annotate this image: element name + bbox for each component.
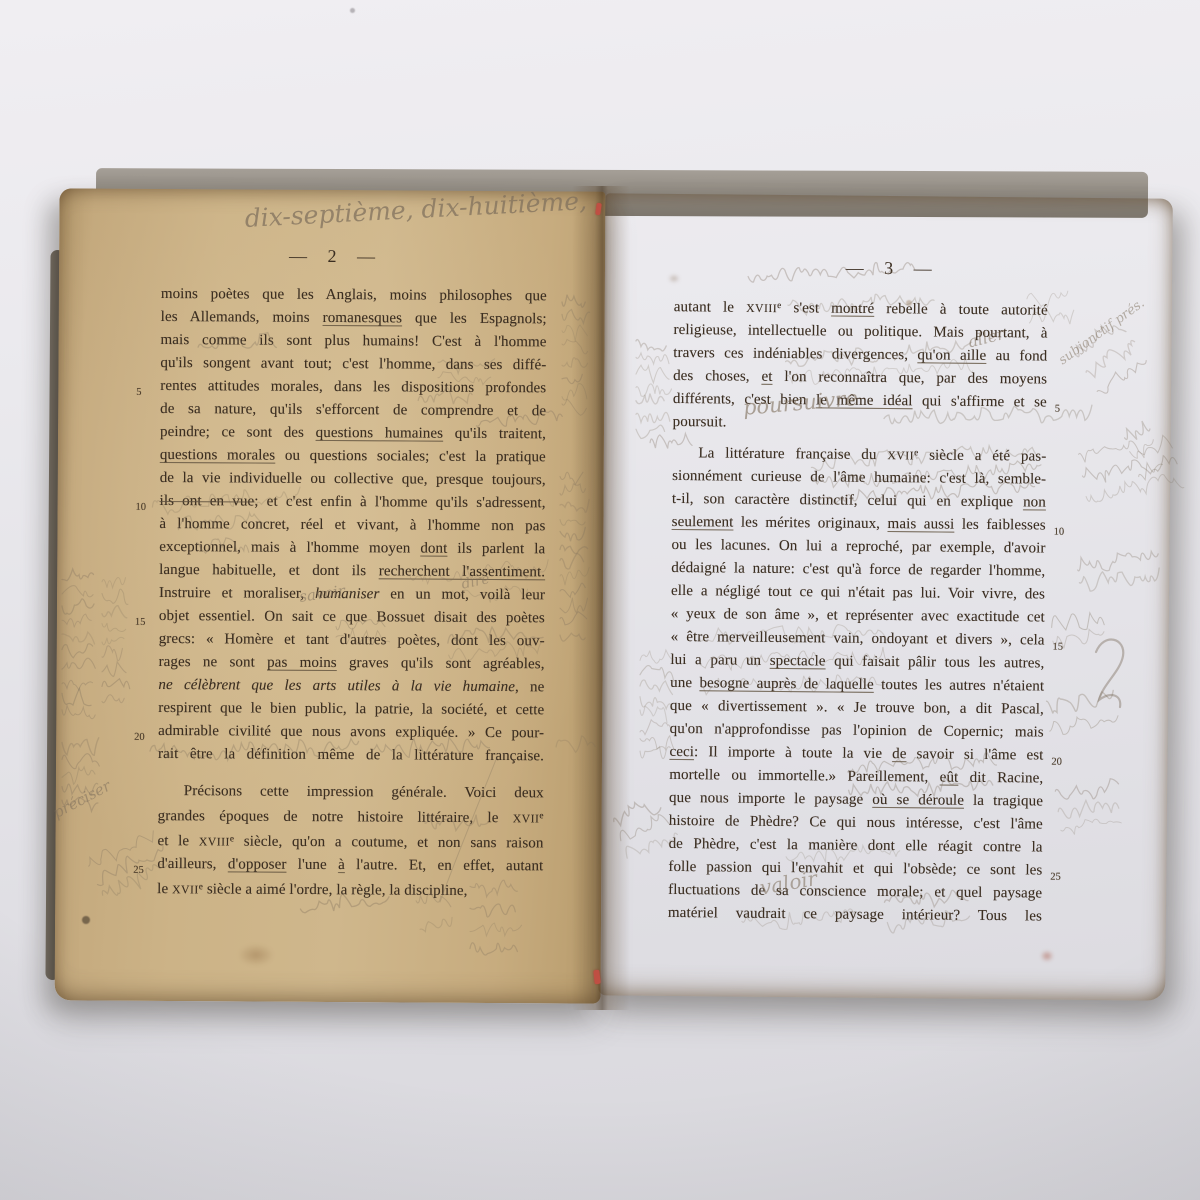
text-segment: seulement (672, 514, 734, 531)
text-segment: recherchent l'assentiment. (379, 563, 545, 580)
text-segment: spectacle (770, 653, 826, 670)
text-segment: que « divertissement ». « Je trouve bon,… (670, 698, 1044, 718)
text-segment: dont (420, 541, 447, 557)
margin-line-number: 15 (135, 611, 153, 634)
text-segment: exceptionnel, mais à l'homme moyen (159, 539, 420, 557)
text-segment: romanesques (323, 310, 403, 326)
text-line: Précisons cette impression générale. Voi… (158, 780, 544, 805)
left-page: — 2 — moins poètes que les Anglais, moin… (55, 188, 606, 1003)
text-segment: xvii (172, 884, 199, 897)
text-segment: travers ces indéniables divergences, (673, 345, 917, 363)
text-segment: « yeux de son âme », et représenter avec… (671, 606, 1045, 626)
text-segment: xvii (887, 449, 914, 462)
text-segment: grandes époques de notre histoire littér… (158, 808, 513, 826)
left-page-number: — 2 — (59, 244, 605, 268)
text-segment: rentes attitudes morales, dans les dispo… (160, 378, 546, 396)
text-line: matériel vaudrait ce paysage intérieur? … (668, 902, 1042, 929)
text-line: les Allemands, moins romanesques que les… (161, 306, 547, 331)
text-line: rages ne sont pas moins graves qu'ils so… (159, 651, 545, 676)
text-segment: de la vie individuelle ou collective que… (160, 470, 546, 488)
text-segment: elle a négligé tout ce qui n'était pas l… (671, 583, 1045, 603)
text-segment: grecs: « Homère et tant d'autres poètes,… (159, 631, 545, 649)
photo-of-open-book: { "photo": { "description": "photograph … (0, 0, 1200, 1200)
text-segment: ou les lacunes. On lui a reproché, par e… (671, 537, 1045, 557)
text-segment: langue habituelle, et dont ils (159, 562, 379, 579)
text-segment: autant le (674, 299, 746, 316)
text-segment: siècle a été pas- (918, 448, 1046, 465)
text-segment: « être merveilleusement vain, ondoyant e… (671, 629, 1045, 649)
margin-line-number: 5 (1055, 398, 1075, 421)
text-segment: l'une (286, 857, 338, 873)
margin-line-number: 15 (1052, 636, 1072, 659)
text-segment: les faiblesses (954, 517, 1045, 534)
text-segment: non (1023, 495, 1046, 511)
text-segment: t-il, son caractère distinctif, celui qu… (672, 491, 1023, 510)
text-segment: peindre; ce sont des (160, 424, 316, 441)
text-segment: ils parlent la (447, 541, 545, 558)
margin-line-number: 5 (136, 381, 154, 404)
text-segment: savoir si l'âme est (906, 747, 1043, 764)
text-segment: montré (831, 301, 874, 317)
text-segment: mais aussi (888, 516, 955, 533)
text-segment: xvii (513, 812, 540, 825)
paper-speck (82, 916, 90, 924)
text-segment: l'autre. Et, en effet, autant (345, 857, 544, 874)
text-line: de la vie individuelle ou collective que… (160, 467, 546, 492)
text-segment: ; et c'est enfin à l'homme qu'ils s'adre… (254, 494, 545, 512)
text-line: grecs: « Homère et tant d'autres poètes,… (159, 628, 545, 653)
text-segment: siècle a aimé l'ordre, la règle, la disc… (203, 882, 468, 900)
text-segment: les mérites originaux, (733, 515, 887, 532)
paper-stain (238, 944, 274, 966)
text-segment: à l'homme concret, réel et vivant, à l'h… (159, 516, 545, 534)
text-line: de sa nature, qu'ils s'efforcent de comp… (160, 398, 546, 423)
text-segment: pas moins (267, 655, 337, 671)
text-line: Instruire et moraliser, humaniser en un … (159, 582, 545, 607)
right-page: — 3 — autant le xviiie s'est montré rebe… (598, 193, 1173, 1000)
text-line: poursuit. (673, 411, 1047, 438)
text-segment: les Allemands, moins (161, 309, 323, 326)
text-segment: rages ne sont (159, 654, 268, 671)
paper-stain (668, 274, 680, 283)
text-segment: La littérature française du (698, 446, 887, 464)
margin-line-number: 20 (1051, 751, 1071, 774)
text-segment: le (157, 881, 172, 897)
right-page-text: autant le xviiie s'est montré rebelle à … (668, 294, 1048, 929)
text-segment: folle passion qui l'envahit et qui l'obs… (668, 859, 1042, 879)
text-line: 20admirable civilité que nous avons expl… (158, 720, 544, 745)
text-line: 5rentes attitudes morales, dans les disp… (160, 375, 546, 400)
text-segment: toutes les autres n'étaient (874, 677, 1044, 695)
text-segment: ne célèbrent que les arts utiles à la vi… (158, 677, 515, 695)
text-line: autant le xviiie s'est montré rebelle à … (674, 294, 1048, 323)
text-segment: le même idéal (816, 392, 913, 409)
text-segment: humaniser (315, 586, 379, 602)
text-line: et le xviiie siècle, qu'on a coutume, et… (157, 828, 543, 856)
text-segment: eût (940, 770, 959, 786)
text-line: La littérature française du xviie siècle… (672, 440, 1046, 469)
text-segment: graves qu'ils sont agréables, (337, 655, 545, 672)
text-segment: matériel vaudrait ce paysage intérieur? … (668, 905, 1042, 925)
text-segment: dédaigné la nature: c'est qu'à force de … (671, 560, 1045, 580)
text-segment: admirable civilité que nous avons expliq… (158, 723, 544, 741)
text-segment: poursuit. (673, 414, 727, 431)
book-gutter-shadow (572, 186, 630, 1010)
text-segment: en un mot, voilà leur (379, 586, 545, 603)
margin-line-number: 20 (134, 726, 152, 749)
text-line: 10ils ont en vue; et c'est enfin à l'hom… (160, 490, 546, 515)
text-segment: d'ailleurs, (157, 856, 228, 872)
text-line: questions morales ou questions sociales;… (160, 444, 546, 469)
text-segment: ils ont en vue (160, 493, 255, 510)
text-segment: xviii (746, 302, 777, 315)
text-segment: qu'ils traitent, (443, 426, 546, 443)
text-line: mais comme ils sont plus humains! C'est … (160, 329, 546, 354)
text-segment: moins poètes que les Anglais, moins phil… (161, 286, 547, 304)
text-segment: questions morales (160, 447, 275, 464)
text-segment: de (892, 746, 907, 762)
text-segment: qu'on n'approfondisse pas l'opinion de C… (670, 721, 1044, 741)
left-page-text: moins poètes que les Anglais, moins phil… (157, 283, 547, 904)
text-segment: différents, c'est bien (673, 391, 816, 408)
text-line: grandes époques de notre histoire littér… (158, 803, 544, 831)
text-line: respirent que le bien public, la patrie,… (158, 697, 544, 722)
text-line: exceptionnel, mais à l'homme moyen dont … (159, 536, 545, 561)
text-segment: que nous importe le paysage (669, 790, 872, 808)
text-segment: au fond (986, 348, 1047, 365)
text-segment: dit Racine, (958, 770, 1043, 787)
text-segment: Instruire et moraliser, (159, 585, 315, 602)
text-line: rait être la définition même de la litté… (158, 743, 544, 768)
text-line: ne célèbrent que les arts utiles à la vi… (158, 674, 544, 699)
text-segment: xviii (199, 836, 230, 849)
text-segment: : Il importe à toute la vie (694, 745, 892, 763)
paper-speck (906, 300, 912, 306)
text-segment: questions humaines (316, 425, 444, 442)
text-segment: mortelle ou immortelle.» Pareillement, (669, 767, 940, 786)
text-segment: fluctuations de sa conscience morale; et… (668, 882, 1042, 902)
text-segment: de sa nature, qu'ils s'efforcent de comp… (160, 401, 546, 419)
text-segment: objet essentiel. On sait ce que Bossuet … (159, 608, 545, 626)
text-line: 25d'ailleurs, d'opposer l'une à l'autre.… (157, 853, 543, 878)
paper-stain (1040, 950, 1054, 962)
text-segment: où se déroule (872, 792, 964, 809)
text-segment: siècle, qu'on a coutume, et non sans rai… (234, 834, 543, 852)
text-segment: sionnément curieuse de l'âme humaine: c'… (672, 468, 1046, 488)
text-segment: histoire de Phèdre? Ce qui nous intéress… (669, 813, 1043, 833)
text-segment: des choses, (673, 368, 762, 385)
text-line: qu'ils songent avant tout; c'est l'homme… (160, 352, 546, 377)
right-page-number: — 3 — (605, 255, 1172, 281)
text-line: peindre; ce sont des questions humaines … (160, 421, 546, 446)
text-segment: Précisons cette impression générale. Voi… (184, 783, 544, 801)
text-segment: respirent que le bien public, la patrie,… (158, 700, 544, 718)
text-segment: , ne (515, 679, 545, 695)
text-segment: e (539, 811, 543, 821)
text-segment: qui s'affirme et se (913, 393, 1047, 410)
text-line: à l'homme concret, réel et vivant, à l'h… (159, 513, 545, 538)
text-line: moins poètes que les Anglais, moins phil… (161, 283, 547, 308)
margin-line-number: 10 (1054, 521, 1074, 544)
text-segment: de Phèdre, c'est la manière dont elle ré… (669, 836, 1043, 856)
text-segment: ceci (669, 744, 694, 760)
text-segment: l'on reconnaîtra que, par des moyens (772, 369, 1047, 388)
text-segment: lui a paru un (670, 652, 770, 669)
text-segment: que les Espagnols; (402, 310, 547, 327)
text-segment: et le (157, 833, 198, 849)
text-segment: qui faisait pâlir tous les autres, (826, 654, 1045, 672)
text-segment: une (670, 675, 699, 691)
text-segment: la tragique (964, 793, 1043, 810)
text-segment: religieuse, intellectuelle ou politique.… (673, 322, 1047, 342)
text-segment: d'opposer (228, 857, 287, 873)
margin-line-number: 10 (135, 496, 153, 519)
text-segment: besogne auprès de laquelle (699, 676, 873, 694)
dust-speck (350, 8, 355, 13)
text-line: le xviie siècle a aimé l'ordre, la règle… (157, 876, 543, 904)
margin-line-number: 25 (1050, 866, 1070, 889)
text-segment: qu'on aille (917, 347, 986, 364)
text-segment: qu'ils songent avant tout; c'est l'homme… (160, 355, 546, 373)
margin-line-number: 25 (133, 859, 151, 882)
text-segment: ou questions sociales; c'est la pratique (275, 448, 546, 466)
text-segment: rebelle à toute autorité (874, 301, 1048, 319)
text-line: 15objet essentiel. On sait ce que Bossue… (159, 605, 545, 630)
text-line: langue habituelle, et dont ils recherche… (159, 559, 545, 584)
text-segment: rait être la définition même de la litté… (158, 746, 544, 764)
text-segment: mais comme ils sont plus humains! C'est … (161, 332, 547, 350)
text-segment: s'est (781, 300, 831, 316)
text-segment: et (761, 369, 772, 385)
